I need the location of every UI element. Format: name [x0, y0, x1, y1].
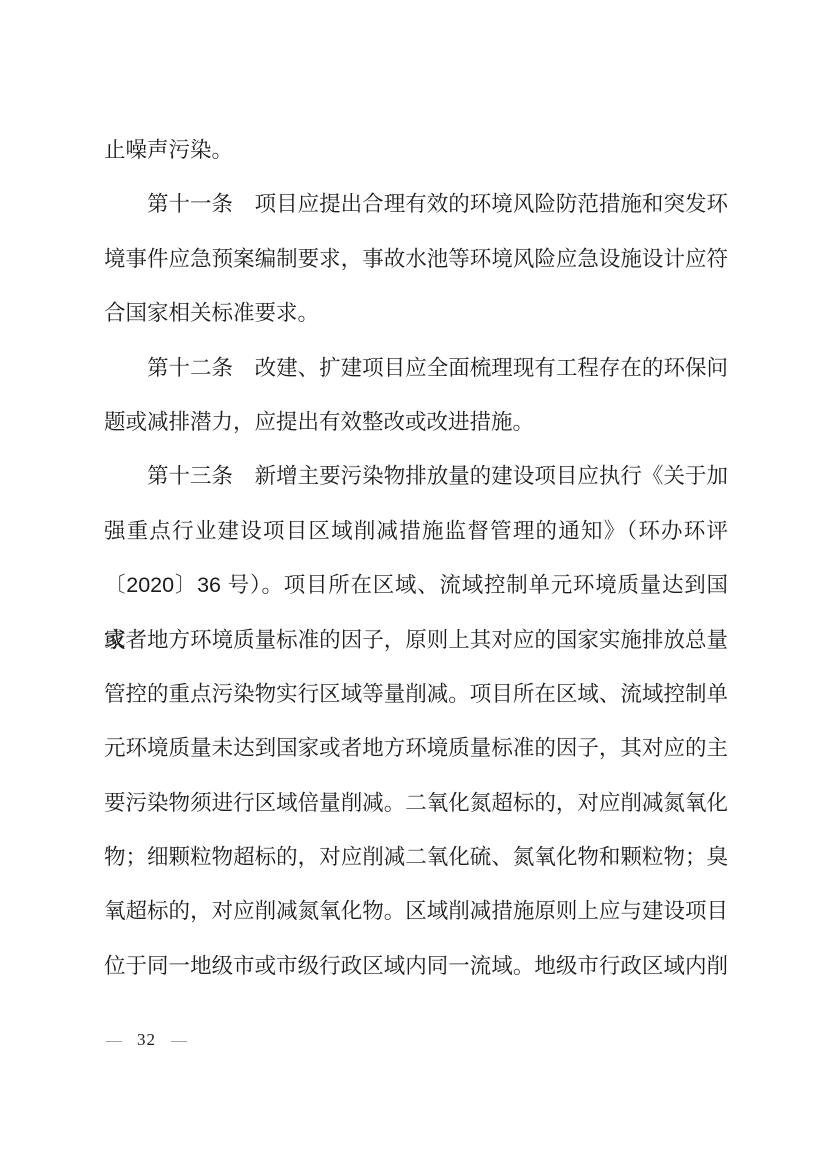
footer-dash-right: — [171, 1033, 187, 1048]
document-page: 止噪声污染。 第十一条 项目应提出合理有效的环境风险防范措施和突发环 境事件应急… [0, 0, 826, 1169]
document-body: 止噪声污染。 第十一条 项目应提出合理有效的环境风险防范措施和突发环 境事件应急… [104, 123, 728, 993]
page-footer: — 32 — [106, 1030, 187, 1050]
paragraph-line: 物；细颗粒物超标的，对应削减二氧化硫、氮氧化物和颗粒物；臭 [104, 830, 728, 884]
paragraph-line: 元环境质量未达到国家或者地方环境质量标准的因子，其对应的主 [104, 721, 728, 775]
footer-dash-left: — [106, 1033, 122, 1048]
paragraph-line: 第十三条 新增主要污染物排放量的建设项目应执行《关于加 [104, 449, 728, 503]
paragraph-line: 要污染物须进行区域倍量削减。二氧化氮超标的，对应削减氮氧化 [104, 776, 728, 830]
paragraph-line: 氧超标的，对应削减氮氧化物。区域削减措施原则上应与建设项目 [104, 884, 728, 938]
paragraph-line: 〔2020〕36 号）。项目所在区域、流域控制单元环境质量达到国家 [104, 558, 728, 612]
paragraph-line: 境事件应急预案编制要求，事故水池等环境风险应急设施设计应符 [104, 232, 728, 286]
paragraph-line: 或者地方环境质量标准的因子，原则上其对应的国家实施排放总量 [104, 613, 728, 667]
paragraph-line: 止噪声污染。 [104, 123, 728, 177]
page-number: 32 [137, 1030, 156, 1050]
paragraph-line: 强重点行业建设项目区域削减措施监督管理的通知》（环办环评 [104, 504, 728, 558]
paragraph-line: 合国家相关标准要求。 [104, 286, 728, 340]
paragraph-line: 管控的重点污染物实行区域等量削减。项目所在区域、流域控制单 [104, 667, 728, 721]
paragraph-line: 第十二条 改建、扩建项目应全面梳理现有工程存在的环保问 [104, 341, 728, 395]
paragraph-line: 位于同一地级市或市级行政区域内同一流域。地级市行政区域内削 [104, 939, 728, 993]
paragraph-line: 题或减排潜力，应提出有效整改或改进措施。 [104, 395, 728, 449]
paragraph-line: 第十一条 项目应提出合理有效的环境风险防范措施和突发环 [104, 177, 728, 231]
